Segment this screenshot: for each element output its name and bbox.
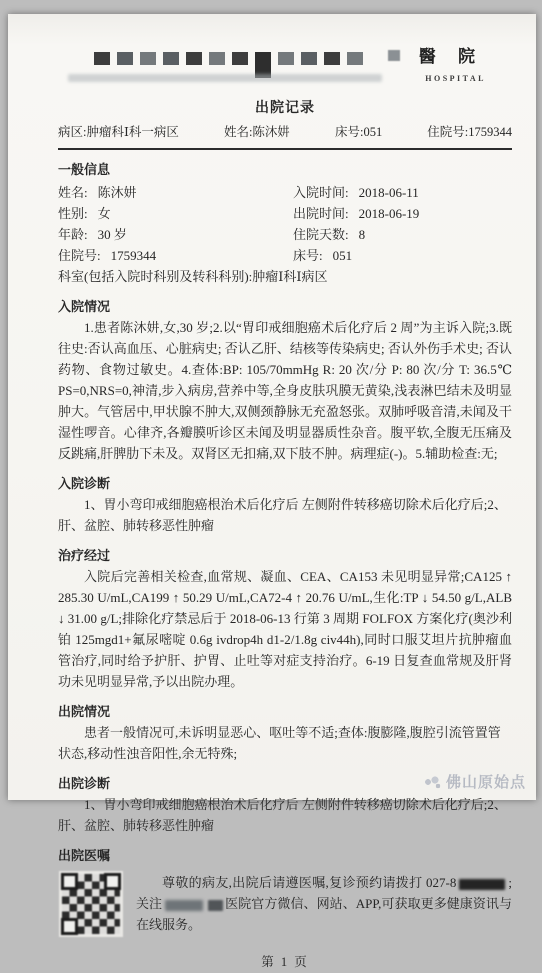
redaction-block	[186, 52, 202, 65]
hospital-en-label: HOSPITAL	[425, 68, 486, 89]
field-value: 陈沐妌	[98, 185, 137, 200]
field-value: 8	[359, 227, 366, 242]
field-value: 1759344	[111, 248, 157, 263]
field-value: 2018-06-19	[359, 206, 420, 221]
general-info-table: 姓名:陈沐妌 入院时间:2018-06-11 性别:女 出院时间:2018-06…	[58, 182, 512, 287]
discharge-status-body: 患者一般情况可,未诉明显恶心、呕吐等不适;查体:腹膨隆,腹腔引流管置管状态,移动…	[58, 722, 512, 764]
section-heading-discharge-status: 出院情况	[58, 701, 512, 722]
admission-dx-body: 1、胃小弯印戒细胞癌根治术后化疗后 左侧附件转移癌切除术后化疗后;2、肝、盆腔、…	[58, 494, 512, 536]
section-heading-general: 一般信息	[58, 159, 512, 180]
section-heading-admission-dx: 入院诊断	[58, 473, 512, 494]
watermark-text: 佛山原始点	[446, 771, 526, 792]
admission-body: 1.患者陈沐妌,女,30 岁;2.以“胃印戒细胞癌术后化疗后 2 周”为主诉入院…	[58, 317, 512, 464]
info-ward: 病区:肿瘤科Ⅰ科一病区	[58, 122, 179, 143]
field-label: 住院号:	[58, 248, 101, 263]
redaction-block	[347, 52, 363, 65]
field-label: 年龄:	[58, 227, 88, 242]
watermark-logo-icon	[423, 773, 443, 790]
field-label: 性别:	[58, 206, 88, 221]
field-label: 床号:	[293, 248, 323, 263]
watermark: 佛山原始点	[423, 771, 526, 792]
redaction-block	[324, 52, 340, 65]
info-bed: 床号:051	[335, 122, 382, 143]
patient-info-bar: 病区:肿瘤科Ⅰ科一病区 姓名:陈沐妌 床号:051 住院号:1759344	[58, 122, 512, 150]
field-value: 30 岁	[98, 227, 127, 242]
redaction-block	[209, 52, 225, 65]
hospital-subtitle-redaction	[68, 74, 382, 82]
discharge-dx-body: 1、胃小弯印戒细胞癌根治术后化疗后 左侧附件转移癌切除术后化疗后;2、肝、盆腔、…	[58, 794, 512, 800]
info-name: 姓名:陈沐妌	[224, 122, 290, 143]
hospital-header: 醫 院 HOSPITAL	[58, 44, 512, 96]
general-info-row: 性别:女 出院时间:2018-06-19	[58, 203, 512, 224]
field-label: 出院时间:	[293, 206, 349, 221]
document-content: 醫 院 HOSPITAL 出院记录 病区:肿瘤科Ⅰ科一病区 姓名:陈沐妌 床号:…	[8, 14, 536, 800]
redaction-block-small	[388, 50, 400, 61]
field-label: 入院时间:	[293, 185, 349, 200]
general-info-row: 姓名:陈沐妌 入院时间:2018-06-11	[58, 182, 512, 203]
document-title: 出院记录	[58, 98, 512, 119]
redaction-block	[278, 52, 294, 65]
field-value: 2018-06-11	[359, 185, 419, 200]
redaction-block	[301, 52, 317, 65]
hospital-name-suffix: 醫 院	[419, 46, 484, 67]
treatment-body: 入院后完善相关检查,血常规、凝血、CEA、CA153 未见明显异常;CA125 …	[58, 566, 512, 692]
general-info-row: 年龄:30 岁 住院天数:8	[58, 224, 512, 245]
field-value: 051	[333, 248, 353, 263]
info-admission-no: 住院号:1759344	[427, 122, 512, 143]
redaction-block	[140, 52, 156, 65]
field-label: 住院天数:	[293, 227, 349, 242]
field-label: 姓名:	[58, 185, 88, 200]
department-line: 科室(包括入院时科别及转科科别):肿瘤Ⅰ科Ⅰ病区	[58, 266, 512, 287]
redaction-block	[94, 52, 110, 65]
field-value: 女	[98, 206, 111, 221]
redaction-block	[232, 52, 248, 65]
general-info-row: 住院号:1759344 床号:051	[58, 245, 512, 266]
section-heading-treatment: 治疗经过	[58, 545, 512, 566]
redaction-block	[163, 52, 179, 65]
redaction-block	[117, 52, 133, 65]
section-heading-admission: 入院情况	[58, 296, 512, 317]
scanned-page: 醫 院 HOSPITAL 出院记录 病区:肿瘤科Ⅰ科一病区 姓名:陈沐妌 床号:…	[8, 14, 536, 800]
